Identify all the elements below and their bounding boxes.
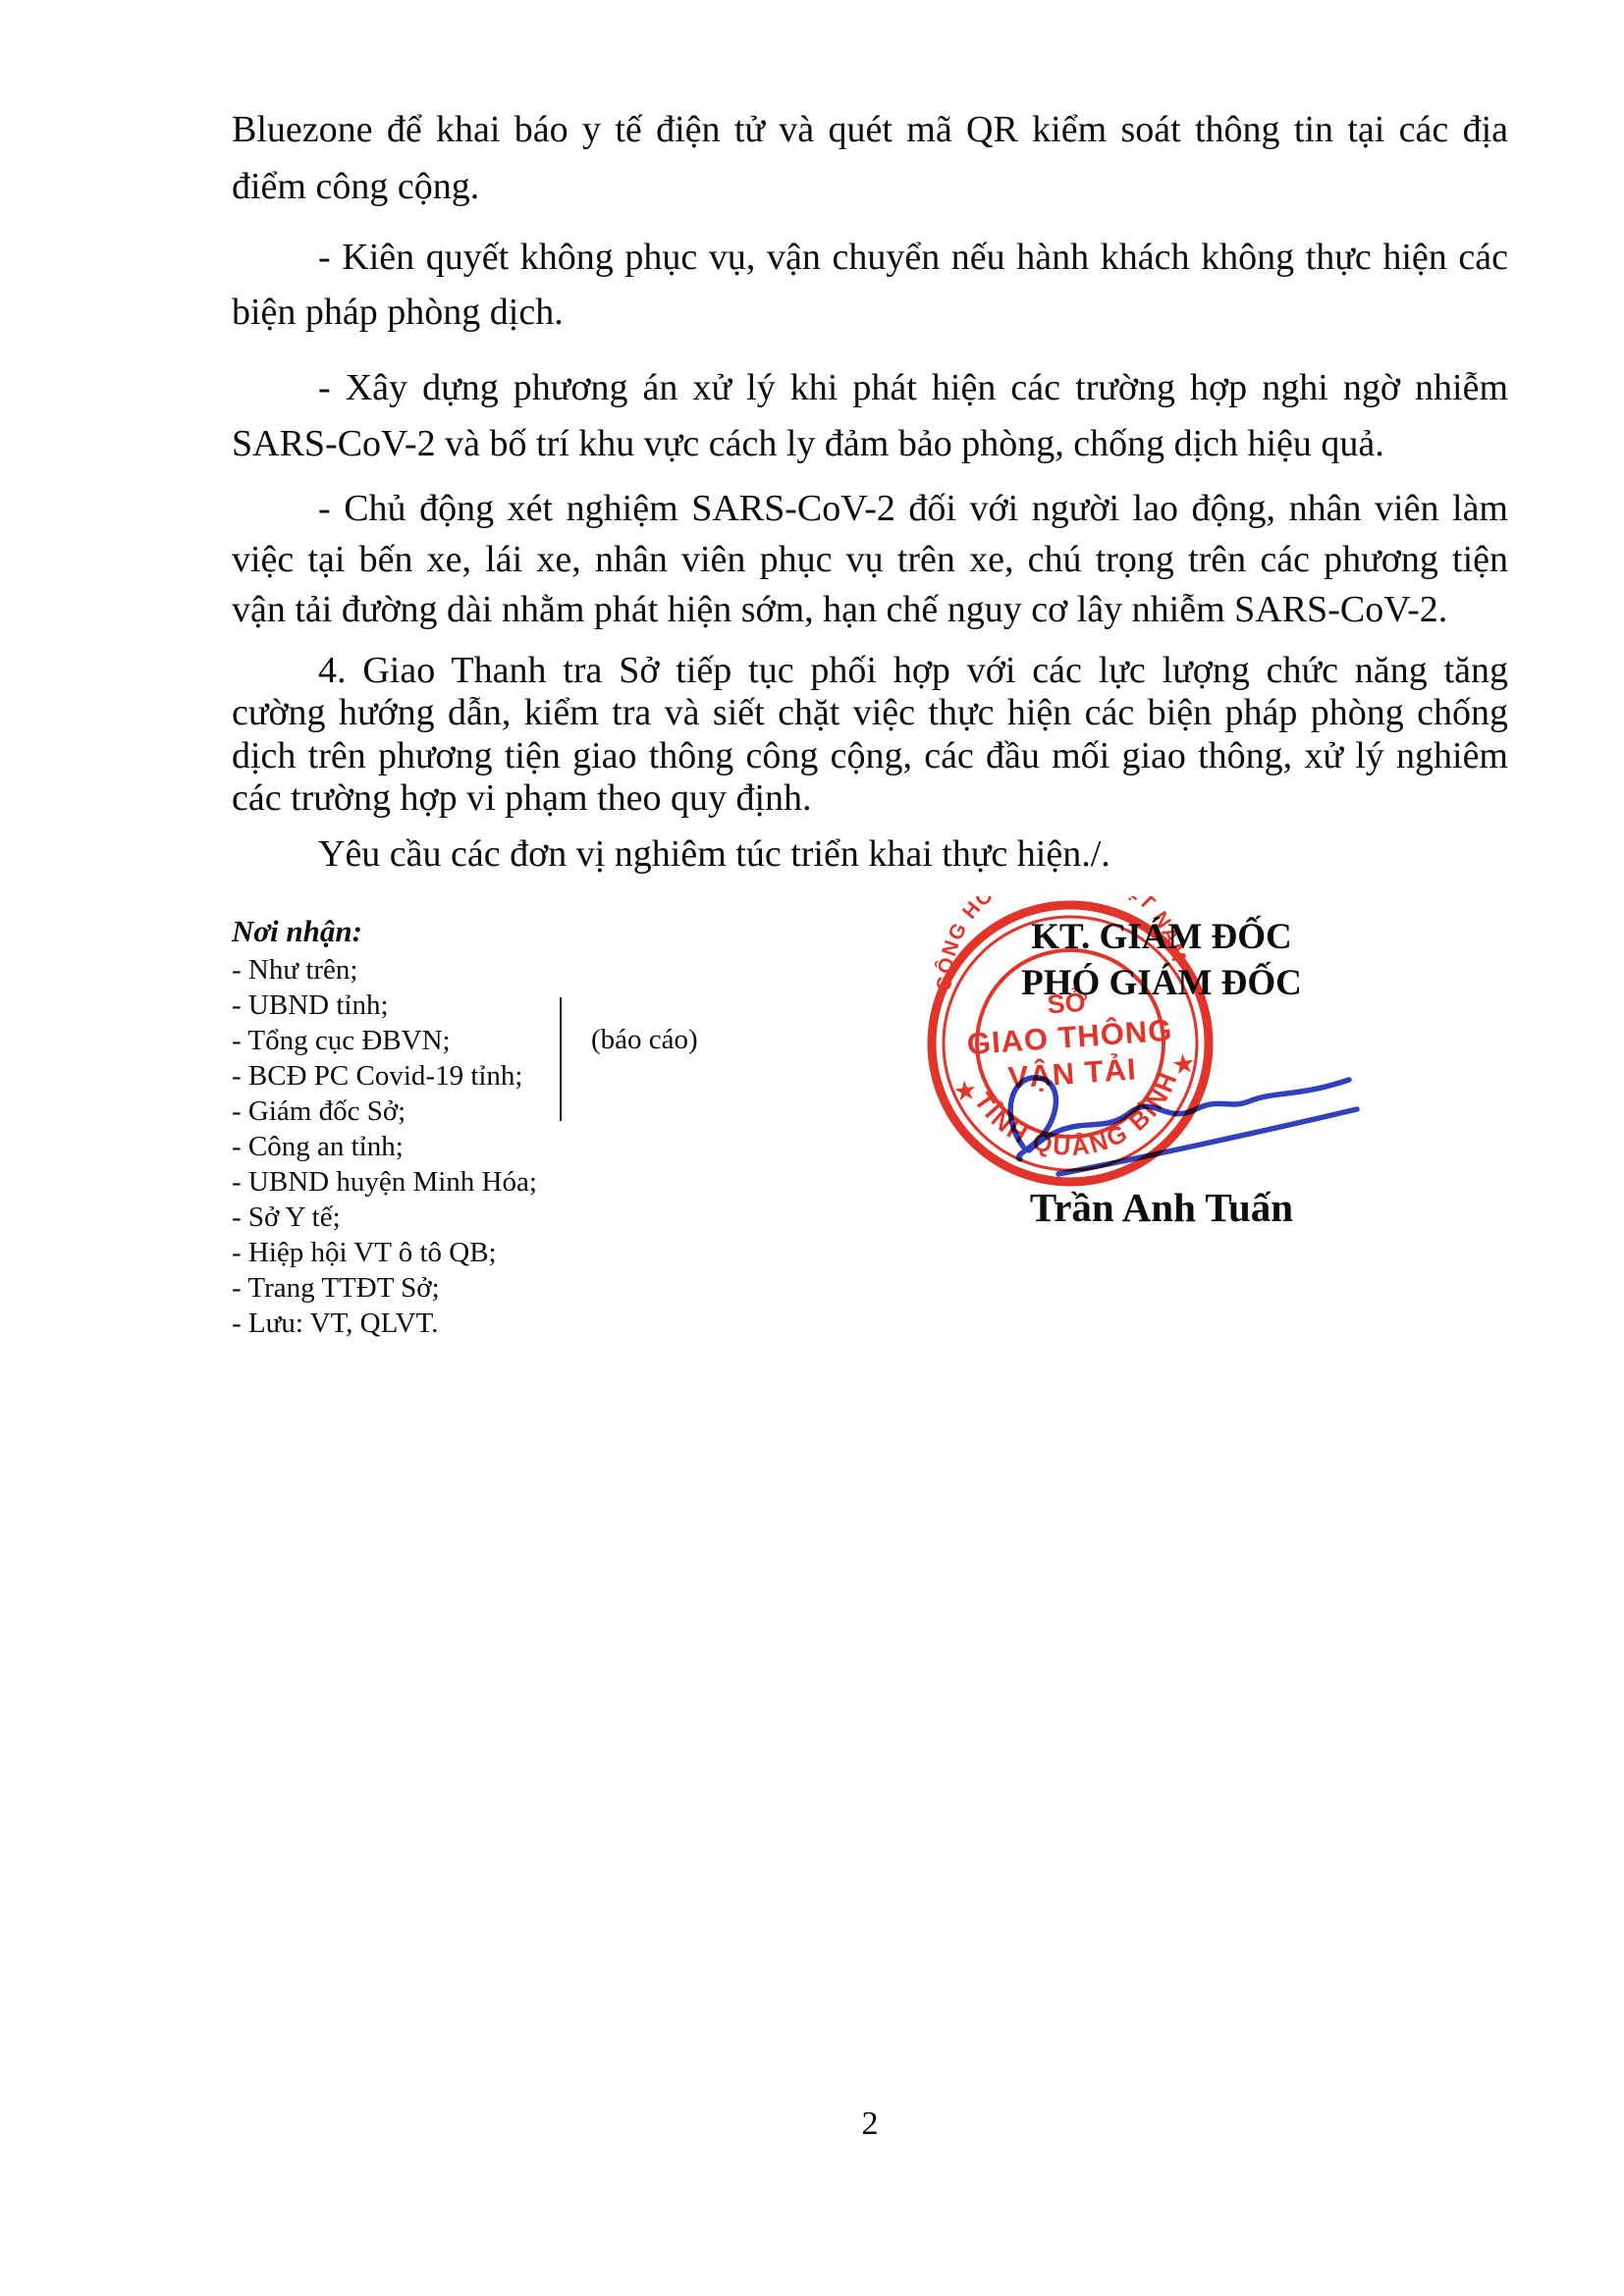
body-line: Bluezone để khai báo y tế điện tử và qué… xyxy=(232,106,1508,153)
body-line: cường hướng dẫn, kiểm tra và siết chặt v… xyxy=(232,689,1508,736)
body-line-text: Yêu cầu các đơn vị nghiêm túc triển khai… xyxy=(318,833,1110,875)
body-line: vận tải đường dài nhằm phát hiện sớm, hạ… xyxy=(232,586,1508,633)
body-line-text: - Chủ động xét nghiệm SARS-CoV-2 đối với… xyxy=(318,488,1508,529)
recipients-group-bracket xyxy=(560,997,562,1121)
recipient-item: - Lưu: VT, QLVT. xyxy=(232,1306,537,1341)
body-line: - Xây dựng phương án xử lý khi phát hiện… xyxy=(232,364,1508,411)
body-line: Yêu cầu các đơn vị nghiêm túc triển khai… xyxy=(232,830,1508,878)
body-line-text: các trường hợp vi phạm theo quy định. xyxy=(232,777,812,819)
stamp-center-line1: SỞ xyxy=(1046,986,1088,1020)
recipient-item: - BCĐ PC Covid-19 tỉnh; xyxy=(232,1058,537,1094)
body-line-text: dịch trên phương tiện giao thông công cộ… xyxy=(232,735,1508,776)
body-line-text: điểm công cộng. xyxy=(232,166,479,207)
body-line-text: biện pháp phòng dịch. xyxy=(232,292,564,333)
body-line-text: Bluezone để khai báo y tế điện tử và qué… xyxy=(232,109,1508,150)
body-line: dịch trên phương tiện giao thông công cộ… xyxy=(232,732,1508,779)
page-number: 2 xyxy=(232,2103,1508,2146)
recipient-item: - Trang TTĐT Sở; xyxy=(232,1270,537,1306)
recipient-item: - UBND tỉnh; xyxy=(232,988,537,1023)
recipient-item: - Công an tỉnh; xyxy=(232,1129,537,1164)
recipient-item: - Sở Y tế; xyxy=(232,1200,537,1235)
body-line: biện pháp phòng dịch. xyxy=(232,289,1508,336)
body-line-text: 4. Giao Thanh tra Sở tiếp tục phối hợp v… xyxy=(318,650,1508,691)
body-line-text: cường hướng dẫn, kiểm tra và siết chặt v… xyxy=(232,692,1508,733)
body-line-text: - Kiên quyết không phục vụ, vận chuyển n… xyxy=(318,237,1508,278)
body-line-text: việc tại bến xe, lái xe, nhân viên phục … xyxy=(232,539,1508,580)
recipients-label: Nơi nhận: xyxy=(232,914,362,949)
recipient-item: - Hiệp hội VT ô tô QB; xyxy=(232,1235,537,1270)
recipient-item: - Như trên; xyxy=(232,952,537,988)
body-line: - Kiên quyết không phục vụ, vận chuyển n… xyxy=(232,234,1508,281)
recipient-item: - Giám đốc Sở; xyxy=(232,1094,537,1129)
body-line: điểm công cộng. xyxy=(232,163,1508,210)
body-line: SARS-CoV-2 và bố trí khu vực cách ly đảm… xyxy=(232,420,1508,467)
body-line: các trường hợp vi phạm theo quy định. xyxy=(232,774,1508,822)
handwritten-signature xyxy=(972,1052,1365,1190)
body-line-text: vận tải đường dài nhằm phát hiện sớm, hạ… xyxy=(232,589,1447,630)
document-page: Bluezone để khai báo y tế điện tử và qué… xyxy=(0,0,1624,2296)
report-note: (báo cáo) xyxy=(591,1022,698,1057)
body-line-text: - Xây dựng phương án xử lý khi phát hiện… xyxy=(318,367,1508,408)
recipient-item: - UBND huyện Minh Hóa; xyxy=(232,1164,537,1200)
recipients-list: - Như trên;- UBND tỉnh;- Tổng cục ĐBVN;-… xyxy=(232,952,537,1341)
body-line-text: SARS-CoV-2 và bố trí khu vực cách ly đảm… xyxy=(232,423,1384,464)
body-line: việc tại bến xe, lái xe, nhân viên phục … xyxy=(232,536,1508,583)
body-line: 4. Giao Thanh tra Sở tiếp tục phối hợp v… xyxy=(232,647,1508,694)
recipient-item: - Tổng cục ĐBVN; xyxy=(232,1023,537,1058)
body-line: - Chủ động xét nghiệm SARS-CoV-2 đối với… xyxy=(232,485,1508,532)
